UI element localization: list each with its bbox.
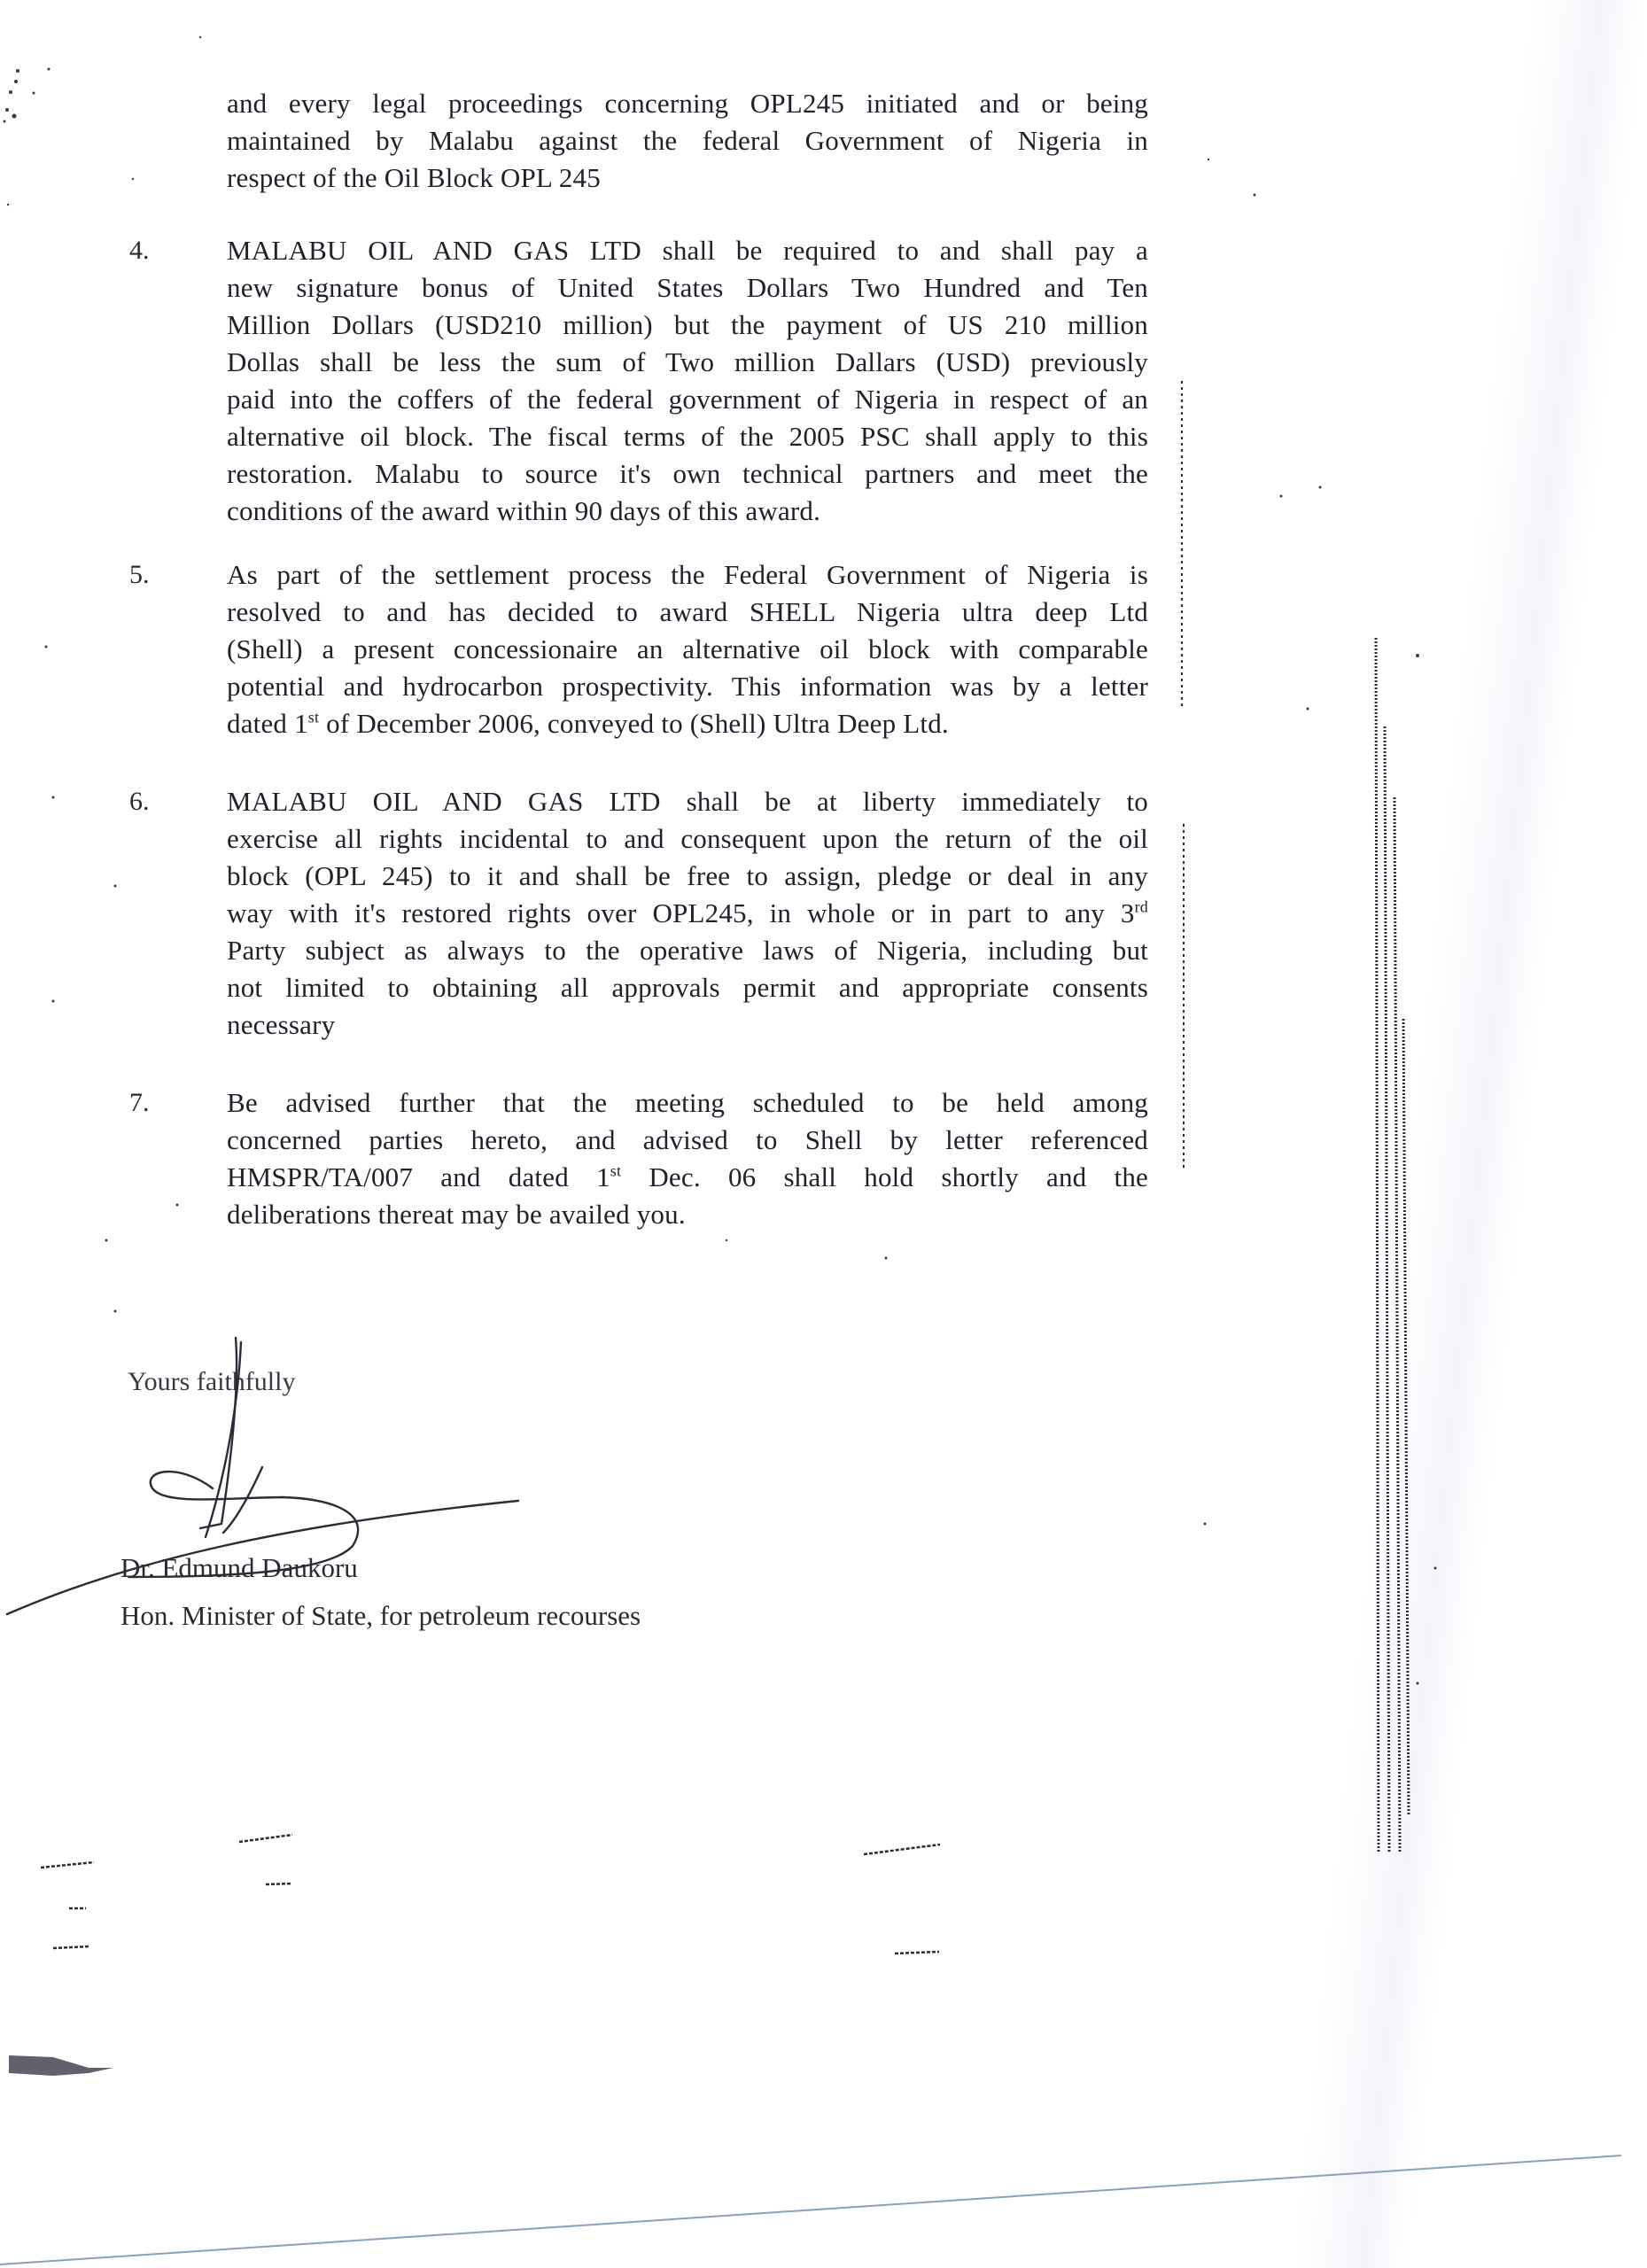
handwritten-signature [7, 1338, 518, 1614]
bottom-left-scan-smudge [9, 2055, 113, 2076]
right-margin-dotted-rule [1182, 381, 1184, 1169]
scanned-letter-page: and every legal proceedings concerning O… [0, 0, 1647, 2268]
scan-noise-marks [4, 36, 1437, 1685]
bottom-scan-fragments [41, 1835, 940, 1953]
right-edge-scan-band [1376, 638, 1409, 1852]
scanner-bed-edge [0, 2155, 1621, 2264]
signature-and-scan-artifacts [0, 0, 1647, 2268]
